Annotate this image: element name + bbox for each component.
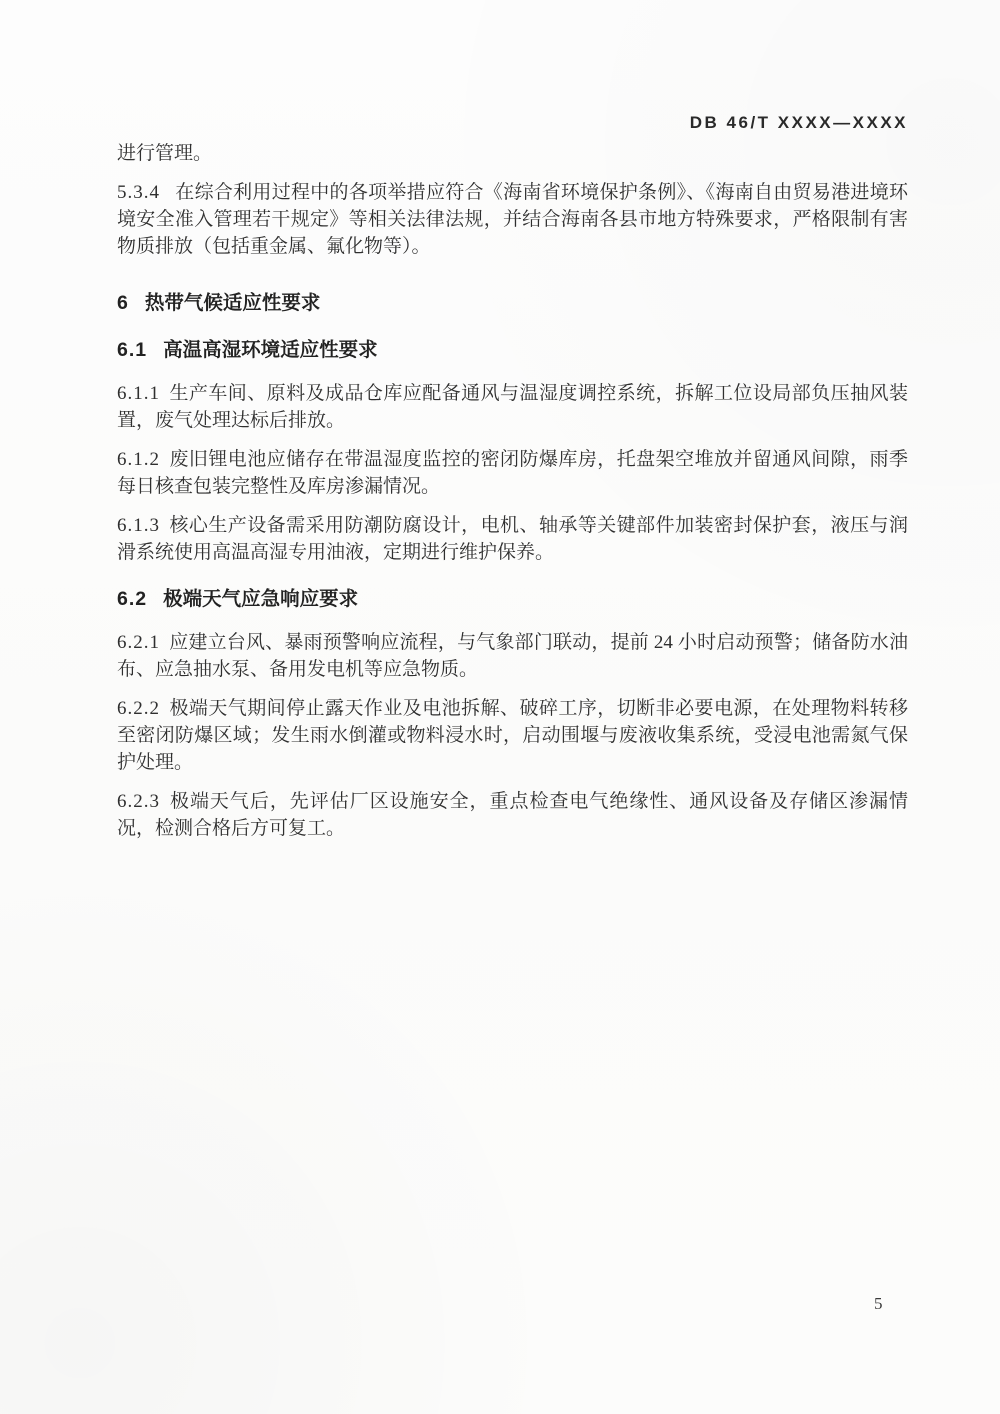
section-title: 极端天气应急响应要求 (163, 588, 358, 610)
section-title: 高温高湿环境适应性要求 (163, 339, 378, 361)
document-page: DB 46/T XXXX—XXXX 进行管理。 5.3.4在综合利用过程中的各项… (0, 0, 1000, 1414)
clause-6-2-2: 6.2.2极端天气期间停止露天作业及电池拆解、破碎工序，切断非必要电源，在处理物… (117, 695, 908, 776)
clause-number: 6.2.2 (117, 698, 160, 719)
section-number: 6.1 (117, 339, 147, 361)
clause-text: 废旧锂电池应储存在带温湿度监控的密闭防爆库房，托盘架空堆放并留通风间隙，雨季每日… (117, 449, 908, 497)
paragraph-continuation: 进行管理。 (117, 140, 908, 167)
section-heading-6-1: 6.1高温高湿环境适应性要求 (117, 337, 908, 364)
doc-code-header: DB 46/T XXXX—XXXX (117, 112, 908, 134)
clause-text: 极端天气后，先评估厂区设施安全，重点检查电气绝缘性、通风设备及存储区渗漏情况，检… (117, 791, 908, 839)
clause-number: 5.3.4 (117, 182, 160, 203)
clause-6-2-3: 6.2.3极端天气后，先评估厂区设施安全，重点检查电气绝缘性、通风设备及存储区渗… (117, 788, 908, 842)
clause-text: 在综合利用过程中的各项举措应符合《海南省环境保护条例》、《海南自由贸易港进境环境… (117, 182, 908, 257)
paragraph-text: 进行管理。 (117, 143, 212, 164)
section-heading-6: 6热带气候适应性要求 (117, 290, 908, 317)
section-title: 热带气候适应性要求 (145, 292, 321, 314)
clause-number: 6.1.3 (117, 515, 160, 536)
clause-text: 生产车间、原料及成品仓库应配备通风与温湿度调控系统，拆解工位设局部负压抽风装置，… (117, 383, 908, 431)
clause-text: 应建立台风、暴雨预警响应流程，与气象部门联动，提前 24 小时启动预警；储备防水… (117, 632, 908, 680)
section-number: 6.2 (117, 588, 147, 610)
clause-6-1-1: 6.1.1生产车间、原料及成品仓库应配备通风与温湿度调控系统，拆解工位设局部负压… (117, 380, 908, 434)
section-heading-6-2: 6.2极端天气应急响应要求 (117, 586, 908, 613)
clause-6-1-2: 6.1.2废旧锂电池应储存在带温湿度监控的密闭防爆库房，托盘架空堆放并留通风间隙… (117, 446, 908, 500)
clause-number: 6.2.3 (117, 791, 160, 812)
clause-text: 极端天气期间停止露天作业及电池拆解、破碎工序，切断非必要电源，在处理物料转移至密… (117, 698, 908, 773)
clause-number: 6.1.1 (117, 383, 160, 404)
clause-6-1-3: 6.1.3核心生产设备需采用防潮防腐设计，电机、轴承等关键部件加装密封保护套，液… (117, 512, 908, 566)
section-number: 6 (117, 292, 129, 314)
clause-number: 6.1.2 (117, 449, 160, 470)
clause-number: 6.2.1 (117, 632, 160, 653)
clause-text: 核心生产设备需采用防潮防腐设计，电机、轴承等关键部件加装密封保护套，液压与润滑系… (117, 515, 908, 563)
clause-5-3-4: 5.3.4在综合利用过程中的各项举措应符合《海南省环境保护条例》、《海南自由贸易… (117, 179, 908, 260)
page-number: 5 (874, 1293, 883, 1315)
clause-6-2-1: 6.2.1应建立台风、暴雨预警响应流程，与气象部门联动，提前 24 小时启动预警… (117, 629, 908, 683)
